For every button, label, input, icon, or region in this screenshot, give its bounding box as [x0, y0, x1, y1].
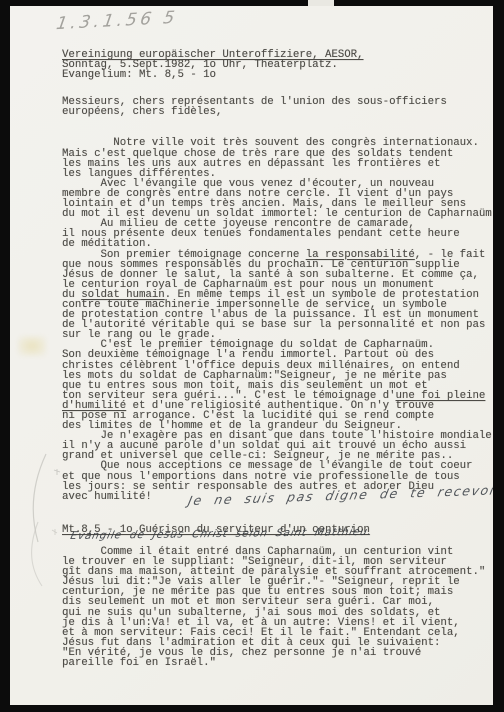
- sermon-body: Notre ville voit très souvent des congrè…: [62, 138, 489, 501]
- paper-smudge: [18, 336, 46, 356]
- typed-line: européens, chers fidèles,: [62, 107, 489, 117]
- scanned-page: 1.3.1.56 5 Vereinigung europäischer Unte…: [0, 0, 504, 712]
- document-header: Vereinigung europäischer Unteroffiziere,…: [62, 50, 489, 80]
- typed-line: avec humilité!: [62, 492, 489, 502]
- gospel-heading: Mt.8,5 - 1o Guérison du serviteur d'un c…: [62, 525, 489, 535]
- salutation: Messieurs, chers représentants de l'unio…: [62, 97, 489, 117]
- border-notch: [308, 0, 334, 6]
- typed-line: Evangelium: Mt. 8,5 - 1o: [62, 70, 489, 80]
- typed-line: Mt.8,5 - 1o Guérison du serviteur d'un c…: [62, 525, 489, 535]
- pencil-archive-number: 1.3.1.56 5: [55, 8, 180, 35]
- paper-sheet: 1.3.1.56 5 Vereinigung europäischer Unte…: [10, 6, 493, 705]
- gospel-text: Comme il était entré dans Capharnaüm, un…: [62, 547, 489, 668]
- typed-line: pareille foi en Israël.": [62, 658, 489, 668]
- typewritten-document: Vereinigung europäischer Unteroffiziere,…: [62, 50, 489, 668]
